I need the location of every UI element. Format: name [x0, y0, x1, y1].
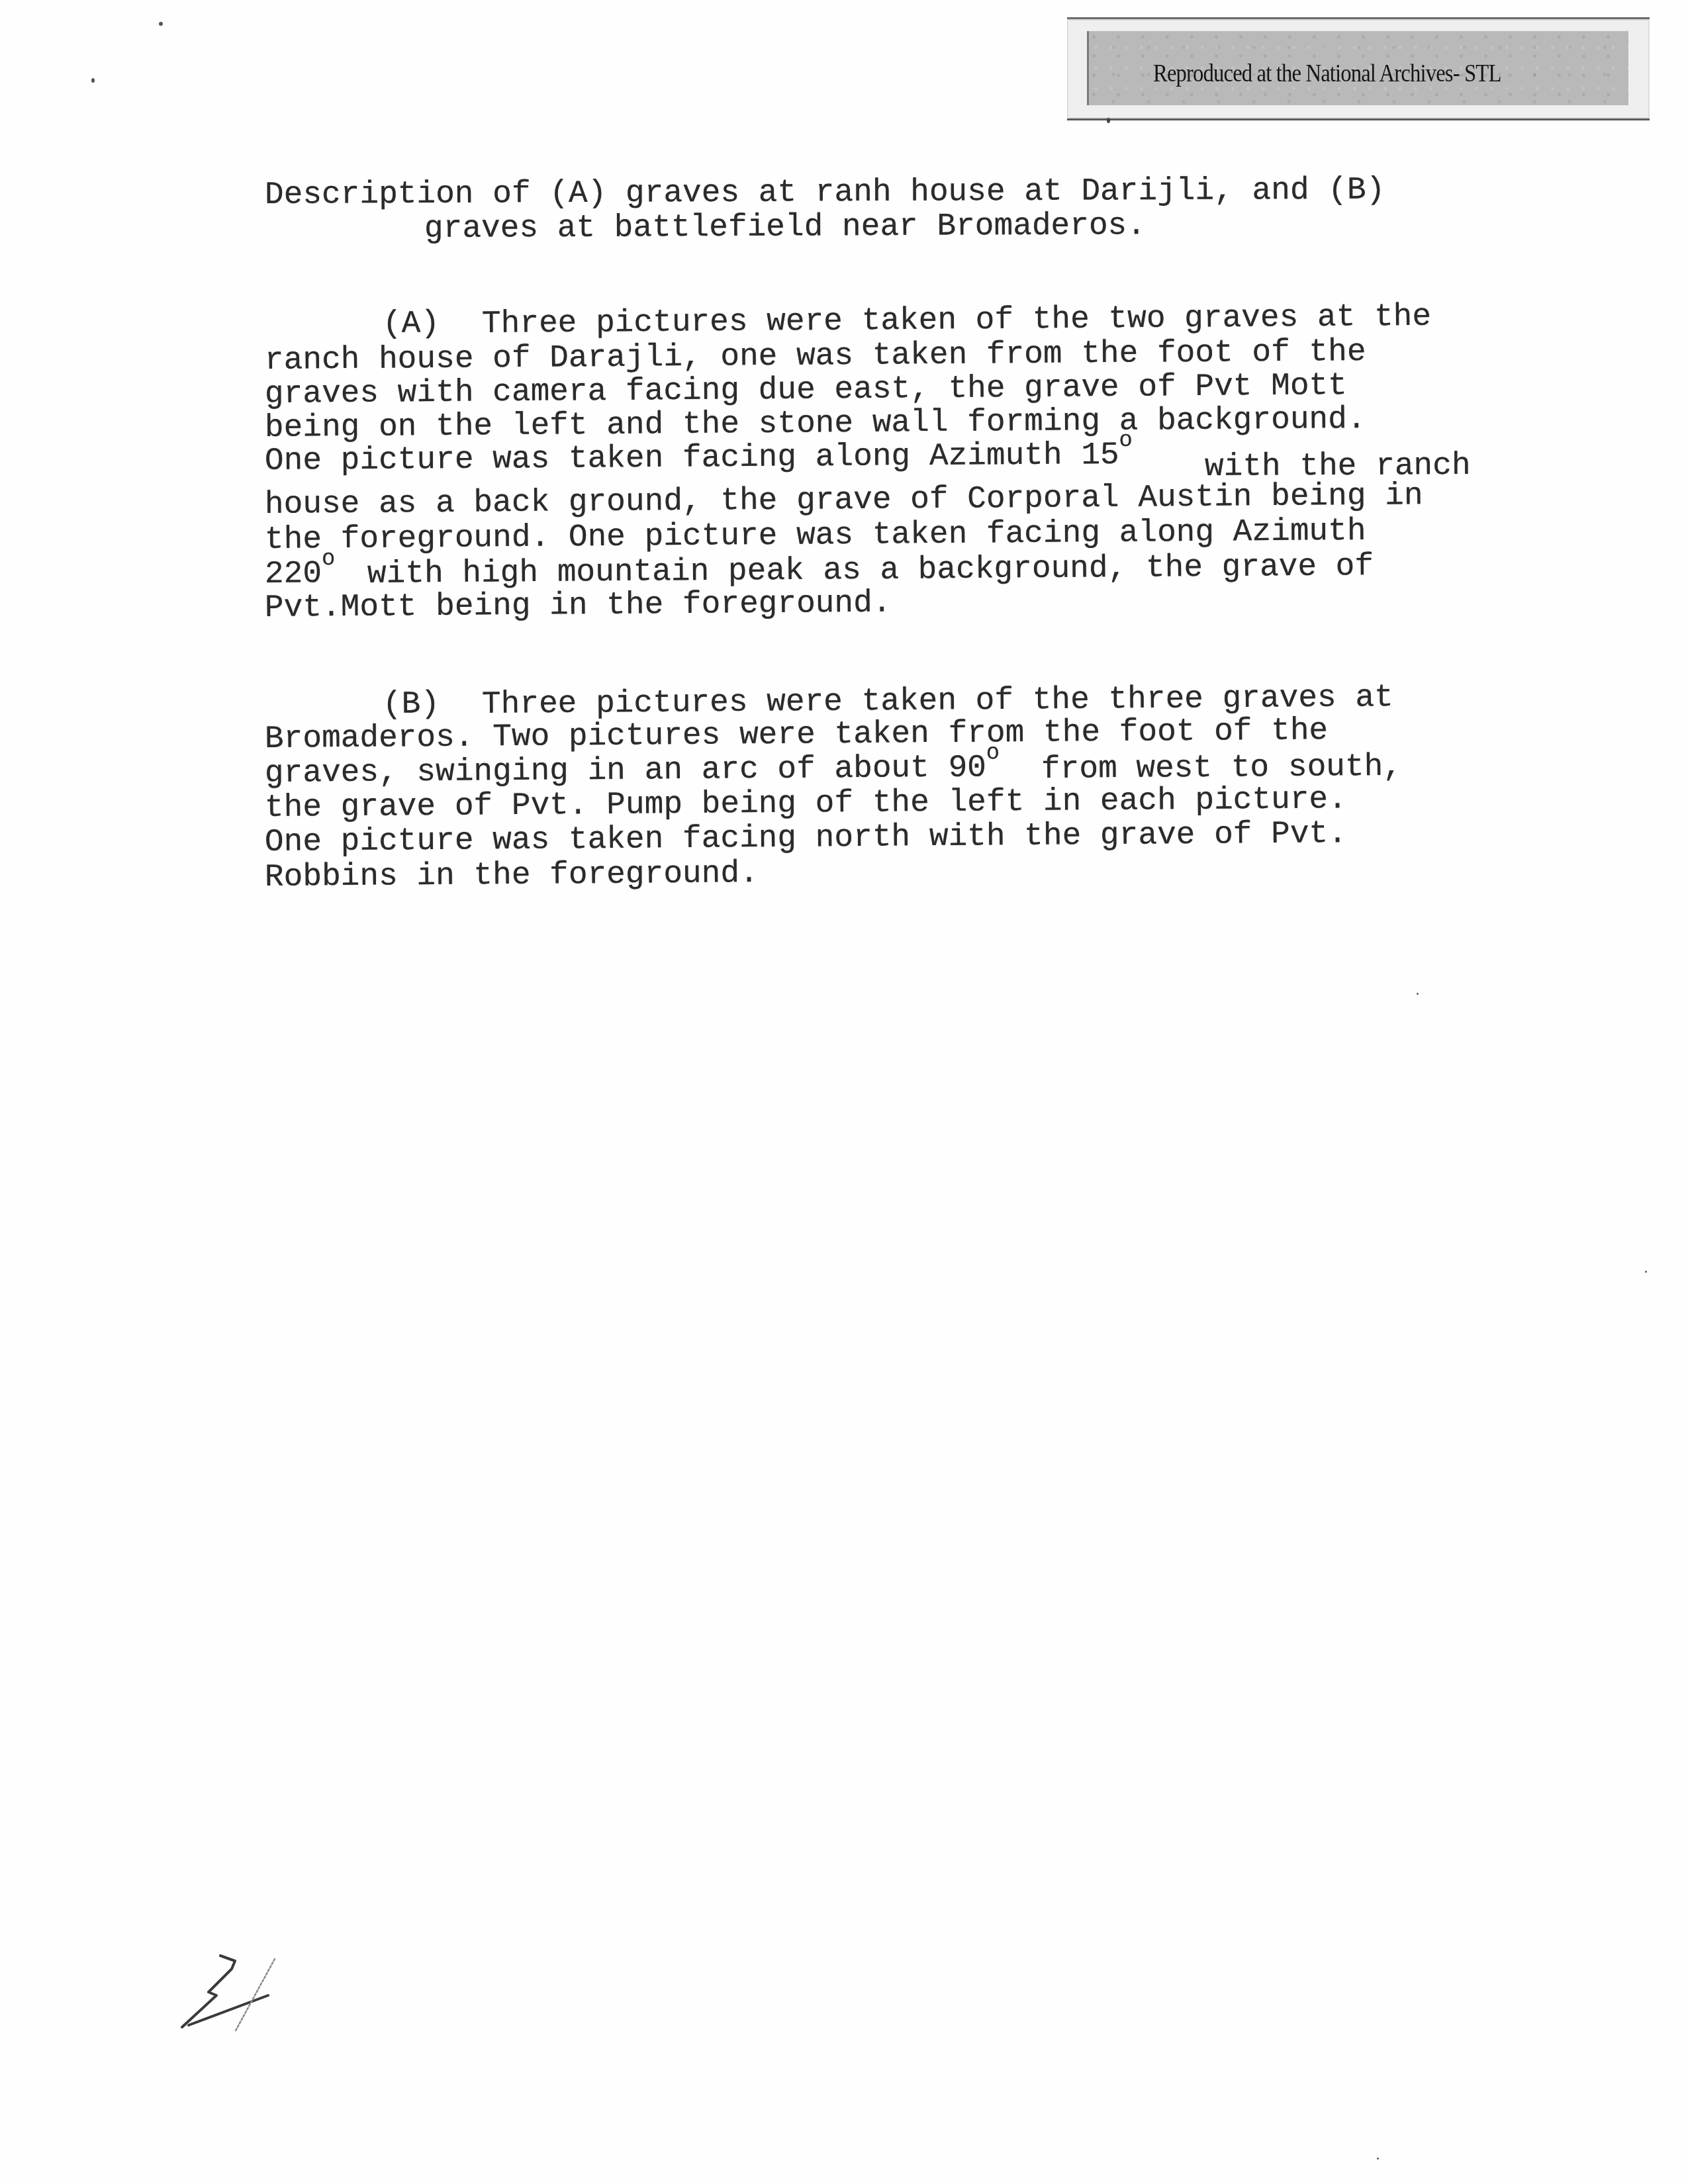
paragraph-b-line: Robbins in the foreground. — [265, 858, 759, 894]
scan-speck — [1107, 118, 1110, 123]
paragraph-b-line: graves, swinging in an arc of about 90o — [265, 752, 1000, 790]
scan-speck — [91, 78, 95, 83]
paragraph-b-label: (B) — [383, 689, 440, 721]
paragraph-b-line-continuation: from west to south, — [1041, 752, 1402, 786]
paragraph-a-line: One picture was taken facing along Azimu… — [265, 440, 1133, 478]
degree-symbol: o — [1119, 428, 1133, 453]
paragraph-a-label: (A) — [383, 308, 440, 340]
scan-speck — [1645, 1271, 1647, 1273]
paragraph-a-line: being on the left and the stone wall for… — [265, 404, 1366, 445]
document-page: Reproduced at the National Archives- STL… — [0, 0, 1688, 2184]
archive-stamp-text: Reproduced at the National Archives- STL — [1153, 59, 1501, 88]
scan-speck — [1377, 2158, 1379, 2160]
document-title-line-1: Description of (A) graves at ranh house … — [265, 175, 1385, 212]
document-title-line-2: graves at battlefield near Bromaderos. — [424, 210, 1146, 246]
scan-speck — [1417, 993, 1419, 995]
paragraph-a-line-text: One picture was taken facing along Azimu… — [265, 437, 1119, 479]
paragraph-a-line-text: 220 — [265, 556, 322, 592]
paragraph-a-line: Pvt.Mott being in the foreground. — [265, 588, 892, 625]
scan-speck — [159, 22, 163, 26]
degree-symbol: o — [322, 547, 336, 572]
paragraph-b-line: Bromaderos. Two pictures were taken from… — [265, 715, 1329, 755]
degree-symbol: o — [986, 741, 1000, 766]
paragraph-a-line: 220o — [265, 559, 336, 591]
archive-stamp: Reproduced at the National Archives- STL — [1067, 17, 1650, 120]
paragraph-b-line: One picture was taken facing north with … — [265, 819, 1347, 859]
handwritten-page-number — [169, 1942, 301, 2042]
